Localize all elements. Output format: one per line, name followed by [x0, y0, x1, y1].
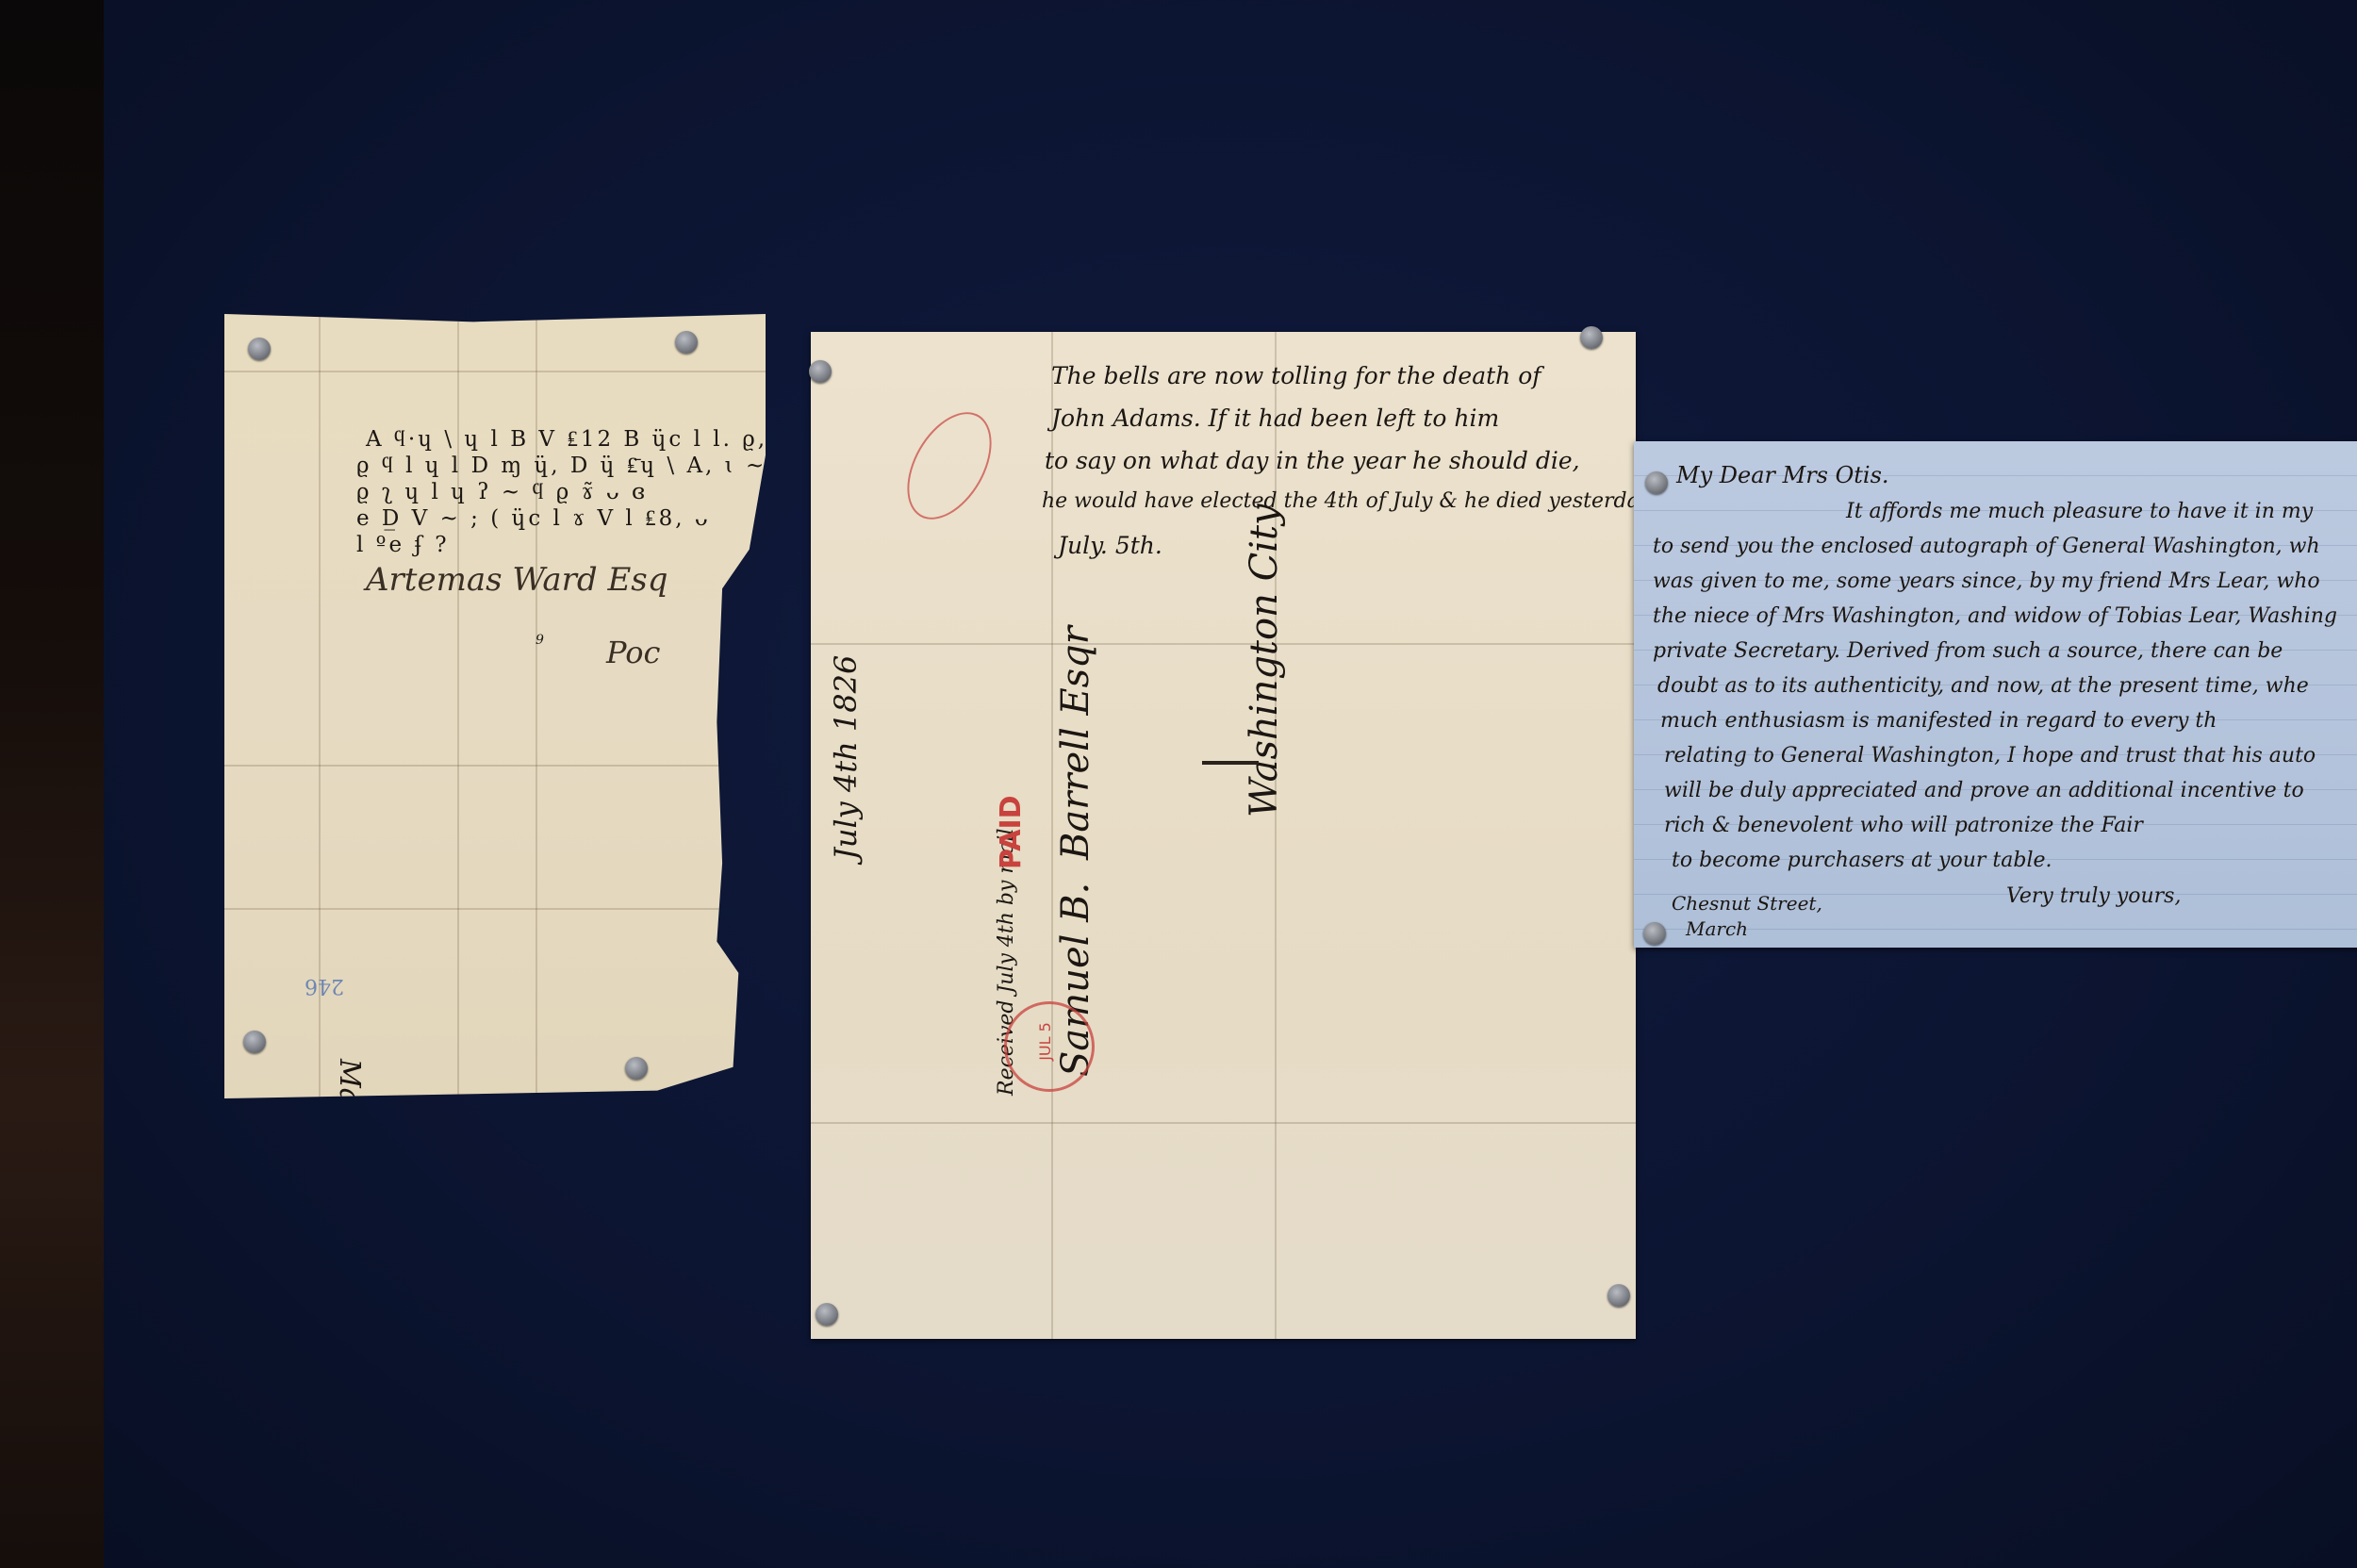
shorthand-line: ϱ ʅ ɥ l ɥ ʔ ~ ϥ ϱ ɤ̃ ᴗ ɞ — [356, 478, 648, 506]
pencil-number: 246 — [305, 974, 344, 998]
note-line: John Adams. If it had been left to him — [1051, 398, 1499, 439]
address-city-partial: Poc — [606, 635, 660, 670]
body-line: much enthusiasm is manifested in regard … — [1660, 709, 2217, 733]
letter-john-adams-death: The bells are now tolling for the death … — [811, 332, 1636, 1339]
fold-line — [811, 643, 1636, 645]
pin-icon — [243, 1031, 266, 1053]
letter-mrs-otis: My Dear Mrs Otis. It affords me much ple… — [1634, 441, 2357, 948]
body-line: was given to me, some years since, by my… — [1653, 569, 2320, 593]
shorthand-line: ϱ ϥ l ɥ l D ɱ ɥ̈, D ɥ̈ ₤̄ɥ \ A, ɩ ~ — [356, 452, 766, 480]
body-line: the niece of Mrs Washington, and widow o… — [1653, 604, 2337, 628]
note-line: to say on what day in the year he should… — [1045, 440, 1580, 482]
paid-stamp: PAID — [995, 795, 1028, 869]
fold-line — [224, 371, 766, 372]
address-name: Artemas Ward Esq — [366, 561, 668, 599]
body-line: doubt as to its authenticity, and now, a… — [1657, 674, 2309, 698]
red-flourish-mark — [890, 398, 1009, 534]
pin-icon — [248, 338, 271, 360]
note-line: The bells are now tolling for the death … — [1051, 355, 1541, 397]
pin-icon — [1643, 922, 1666, 945]
place: Chesnut Street, — [1672, 892, 1822, 915]
fold-line — [224, 765, 766, 767]
body-line: relating to General Washington, I hope a… — [1664, 744, 2316, 767]
blurred-foreground-figure — [0, 0, 111, 1568]
body-line: private Secretary. Derived from such a s… — [1653, 639, 2283, 663]
note-line: July. 5th. — [1058, 525, 1162, 567]
body-line: rich & benevolent who will patronize the… — [1664, 814, 2143, 837]
body-line: will be duly appreciated and prove an ad… — [1664, 779, 2304, 802]
pin-icon — [1607, 1284, 1630, 1307]
shorthand-line: A ϥ·ɥ \ ɥ l B V ₤12 B ɥ̈c l l. ϱ, — [366, 425, 767, 454]
address-dash — [1202, 761, 1259, 765]
pin-icon — [809, 360, 832, 383]
fold-line — [224, 908, 766, 910]
body-line: to send you the enclosed autograph of Ge… — [1653, 535, 2320, 558]
salutation: My Dear Mrs Otis. — [1676, 462, 1889, 488]
pin-icon — [816, 1303, 838, 1326]
pin-icon — [1580, 326, 1603, 349]
body-line: to become purchasers at your table. — [1672, 849, 2052, 872]
closing: Very truly yours, — [2006, 884, 2181, 908]
letter-artemas-ward: A ϥ·ɥ \ ɥ l B V ₤12 B ɥ̈c l l. ϱ, ϱ ϥ l … — [224, 314, 766, 1098]
circular-postmark: JUL 5 — [1004, 1001, 1095, 1092]
pin-icon — [625, 1057, 648, 1080]
body-line: It affords me much pleasure to have it i… — [1846, 500, 2313, 523]
addressee-last: Barrell Esqr — [1054, 626, 1097, 860]
shorthand-line: e D̲ V ~ ; ( ɥ̈c l ɤ V l ₤8, ᴗ — [356, 504, 711, 533]
pin-icon — [675, 331, 698, 354]
fold-line — [811, 1122, 1636, 1124]
stray-mark: 9 — [536, 633, 544, 648]
letter-date: July 4th 1826 — [828, 655, 864, 860]
pin-icon — [1645, 471, 1668, 494]
note-line: he would have elected the 4th of July & … — [1042, 481, 1651, 522]
addressee-city: Washington City — [1243, 503, 1286, 817]
shorthand-line: l ºe ʄ ? — [356, 531, 450, 559]
month: March — [1686, 917, 1748, 940]
